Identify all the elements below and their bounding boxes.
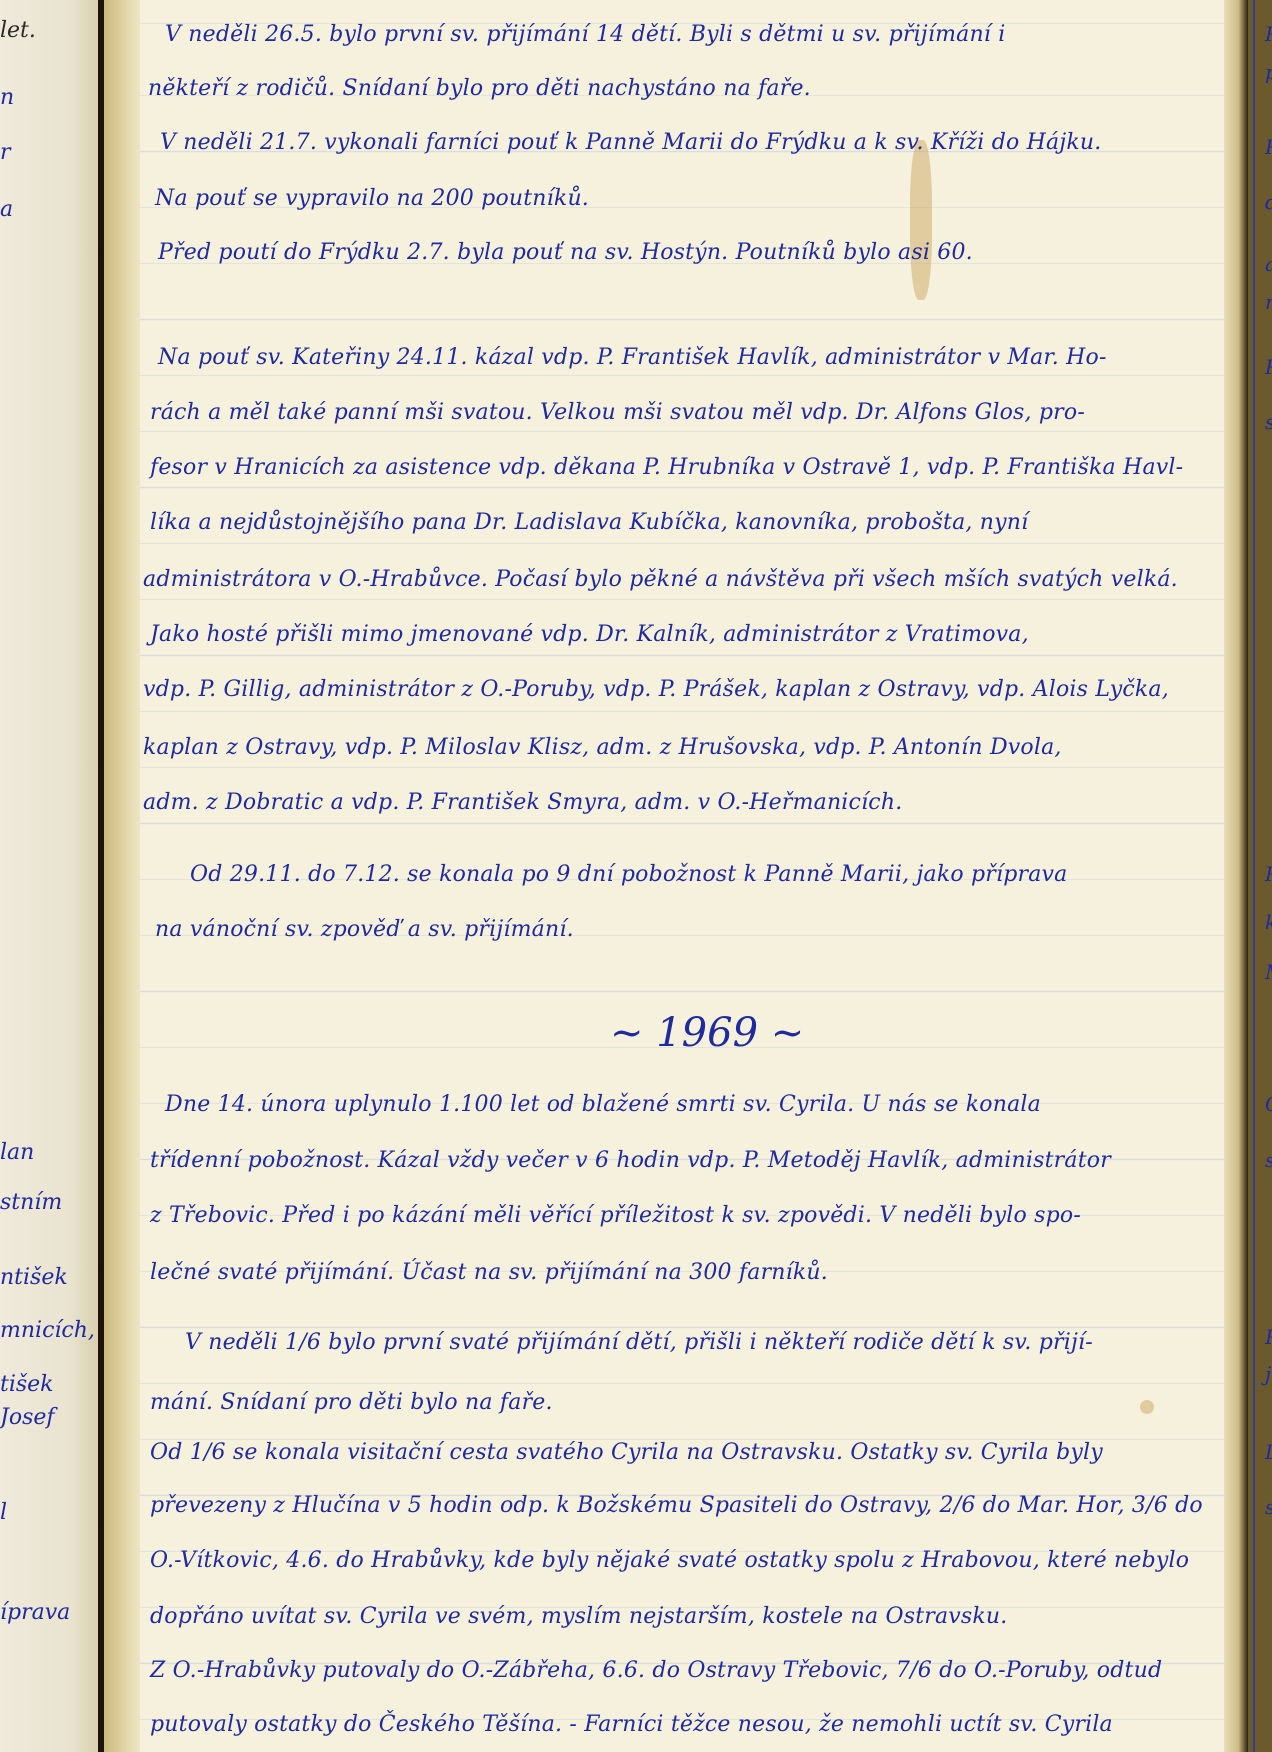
handwritten-line: převezeny z Hlučína v 5 hodin odp. k Bož… — [150, 1493, 1203, 1518]
previous-page-text-fragment: l — [0, 1500, 7, 1525]
page-stack-edge — [1224, 0, 1248, 1752]
handwritten-line: rách a měl také panní mši svatou. Velkou… — [150, 400, 1085, 425]
previous-page-text-fragment: a — [0, 197, 13, 222]
paper-stain — [910, 140, 932, 300]
previous-page-text-fragment: tišek — [0, 1372, 54, 1397]
margin-note: a — [1265, 252, 1272, 276]
margin-note: Pobožnost — [1265, 862, 1272, 886]
margin-note: První sv. — [1265, 22, 1272, 46]
margin-note: sv. Cyrila. — [1265, 1148, 1272, 1172]
handwritten-line: adm. z Dobratic a vdp. P. František Smyr… — [143, 790, 902, 815]
previous-page-text-fragment: mnicích, — [0, 1318, 95, 1343]
margin-note: Oslavy — [1265, 1092, 1272, 1116]
previous-page-text-fragment: r — [0, 140, 11, 165]
handwritten-line: někteří z rodičů. Snídaní bylo pro děti … — [148, 76, 811, 101]
handwritten-line: z Třebovic. Před i po kázání měli věřící… — [150, 1203, 1081, 1228]
margin-note: k Panně — [1265, 910, 1272, 934]
handwritten-line: Od 1/6 se konala visitační cesta svatého… — [150, 1440, 1103, 1465]
paper-stain — [1140, 1400, 1154, 1414]
handwritten-line: V neděli 26.5. bylo první sv. přijímání … — [165, 22, 1005, 47]
margin-rule-line — [1253, 0, 1255, 1752]
chronicle-page: ~ 1969 ~ V neděli 26.5. bylo první sv. p… — [140, 0, 1248, 1752]
handwritten-line: V neděli 21.7. vykonali farníci pouť k P… — [160, 130, 1101, 155]
previous-page-text-fragment: stním — [0, 1190, 62, 1215]
margin-note: jímání. — [1265, 1362, 1272, 1386]
handwritten-line: administrátora v O.-Hrabůvce. Počasí byl… — [143, 567, 1178, 592]
handwritten-line: lečné svaté přijímání. Účast na sv. přij… — [150, 1260, 828, 1285]
margin-note: Pouť — [1265, 355, 1272, 379]
margin-note: na sv. Hostýn. — [1265, 290, 1272, 314]
handwritten-line: líka a nejdůstojnějšího pana Dr. Ladisla… — [150, 510, 1028, 535]
margin-note: Další oslavy — [1265, 1440, 1272, 1464]
handwritten-line: Dne 14. února uplynulo 1.100 let od blaž… — [165, 1092, 1041, 1117]
previous-page-text-fragment: n — [0, 85, 14, 110]
handwritten-line: mání. Snídaní pro děti bylo na faře. — [150, 1390, 553, 1415]
handwritten-line: Před poutí do Frýdku 2.7. byla pouť na s… — [158, 240, 973, 265]
handwritten-line: kaplan z Ostravy, vdp. P. Miloslav Klisz… — [143, 735, 1062, 760]
handwritten-line: Od 29.11. do 7.12. se konala po 9 dní po… — [190, 862, 1068, 887]
margin-note: Pouť — [1265, 135, 1272, 159]
handwritten-line: O.-Vítkovic, 4.6. do Hrabůvky, kde byly … — [150, 1548, 1189, 1573]
handwritten-line: třídenní pobožnost. Kázal vždy večer v 6… — [150, 1148, 1111, 1173]
handwritten-line: fesor v Hranicích za asistence vdp. děka… — [150, 455, 1183, 480]
margin-note: přijímání — [1265, 60, 1272, 84]
handwritten-line: V neděli 1/6 bylo první svaté přijímání … — [185, 1330, 1093, 1355]
previous-page-text-fragment: ntišek — [0, 1265, 68, 1290]
year-heading: ~ 1969 ~ — [610, 1010, 804, 1056]
margin-note: do Frýdku — [1265, 190, 1272, 214]
page-gutter — [104, 0, 144, 1752]
previous-page-text-fragment: let. — [0, 18, 36, 43]
handwritten-line: putovaly ostatky do Českého Těšína. - Fa… — [150, 1712, 1113, 1737]
handwritten-line: Z O.-Hrabůvky putovaly do O.-Zábřeha, 6.… — [150, 1658, 1162, 1683]
margin-note: Marii. — [1265, 960, 1272, 984]
margin-note: První sv. při- — [1265, 1325, 1272, 1349]
previous-page-text-fragment: íprava — [0, 1600, 70, 1625]
previous-page-text-fragment: Josef — [0, 1405, 55, 1430]
handwritten-line: vdp. P. Gillig, administrátor z O.-Porub… — [143, 677, 1169, 702]
handwritten-line: dopřáno uvítat sv. Cyrila ve svém, myslí… — [150, 1604, 1007, 1629]
previous-page-text-fragment: lan — [0, 1140, 34, 1165]
margin-note: sv. Kateřiny. — [1265, 410, 1272, 434]
handwritten-line: Na pouť se vypravilo na 200 poutníků. — [155, 186, 589, 211]
previous-page-edge: let.nralanstnímntišekmnicích,tišekJosefl… — [0, 0, 100, 1752]
margin-note: sv. Cyrila. — [1265, 1495, 1272, 1519]
handwritten-line: Na pouť sv. Kateřiny 24.11. kázal vdp. P… — [158, 345, 1107, 370]
handwritten-line: Jako hosté přišli mimo jmenované vdp. Dr… — [150, 622, 1029, 647]
handwritten-line: na vánoční sv. zpověď a sv. přijímání. — [155, 917, 574, 942]
